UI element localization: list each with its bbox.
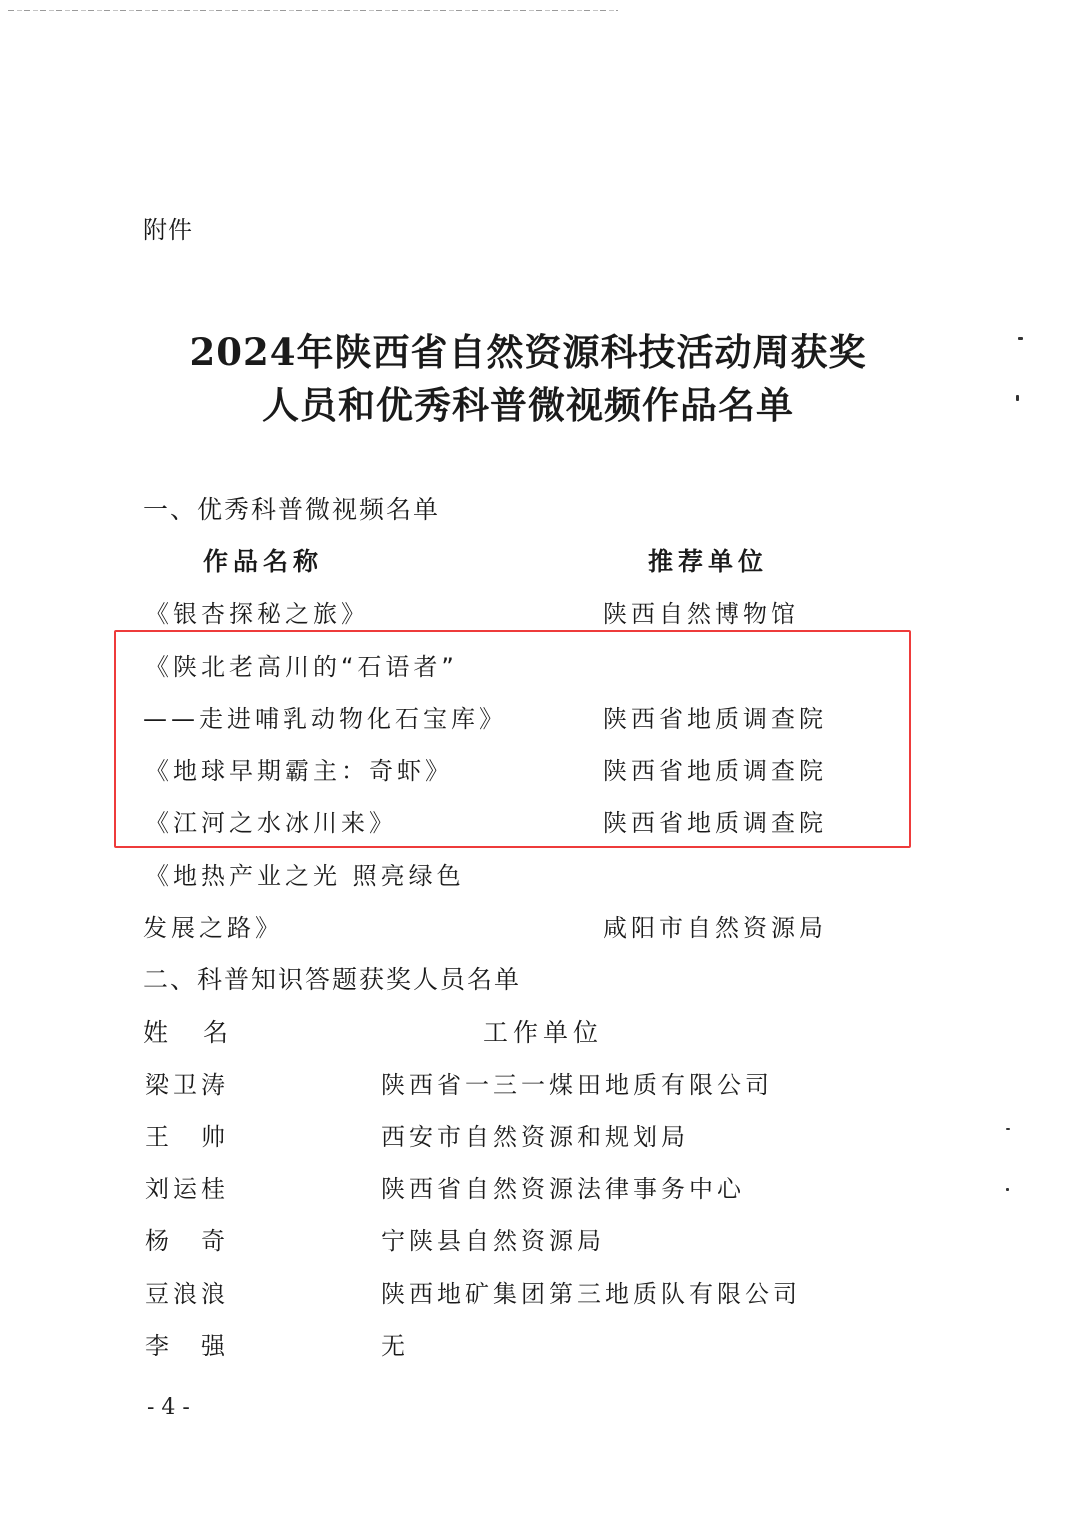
winner-row-5-name: 豆浪浪 (145, 1274, 229, 1309)
scan-speck (1016, 395, 1019, 401)
winner-row-3-name: 刘运桂 (145, 1169, 229, 1204)
winner-row-2-name: 王 帅 (145, 1117, 229, 1152)
winner-row-1-name: 梁卫涛 (145, 1065, 229, 1100)
attachment-label: 附件 (143, 210, 193, 245)
winner-row-6-name: 李 强 (145, 1326, 229, 1361)
winner-row-6-unit: 无 (381, 1326, 409, 1361)
scan-artifact-line (8, 10, 618, 11)
section-1-heading: 一、优秀科普微视频名单 (143, 490, 440, 526)
page-number: - 4 - (147, 1395, 190, 1420)
section-2-heading: 二、科普知识答题获奖人员名单 (143, 960, 521, 996)
video-row-1-work: 《银杏探秘之旅》 (145, 594, 369, 629)
video-row-5-unit: 咸阳市自然资源局 (603, 908, 827, 943)
winner-row-4-unit: 宁陕县自然资源局 (381, 1221, 605, 1256)
document-title-line-2: 人员和优秀科普微视频作品名单 (0, 375, 1056, 429)
winner-row-1-unit: 陕西省一三一煤田地质有限公司 (381, 1065, 773, 1100)
video-row-4-work: 《江河之水冰川来》 (145, 803, 397, 838)
winner-row-3-unit: 陕西省自然资源法律事务中心 (381, 1169, 745, 1204)
winner-row-5-unit: 陕西地矿集团第三地质队有限公司 (381, 1274, 801, 1309)
video-row-2-work-line-1: 《陕北老高川的“石语者” (145, 647, 458, 682)
column-header-work-name: 作品名称 (203, 542, 323, 578)
video-row-2-unit: 陕西省地质调查院 (603, 699, 827, 734)
winner-row-2-unit: 西安市自然资源和规划局 (381, 1117, 689, 1152)
column-header-name: 姓 名 (143, 1013, 233, 1049)
video-row-5-work-line-2: 发展之路》 (143, 908, 283, 943)
winner-row-4-name: 杨 奇 (145, 1221, 229, 1256)
column-header-work-unit: 工作单位 (483, 1013, 603, 1049)
video-row-5-work-line-1: 《地热产业之光 照亮绿色 (145, 856, 465, 891)
scan-speck (1006, 1128, 1010, 1130)
video-row-2-work-line-2: ——走进哺乳动物化石宝库》 (143, 699, 507, 734)
scan-speck (1006, 1188, 1009, 1191)
scan-speck (1018, 337, 1023, 340)
video-row-1-unit: 陕西自然博物馆 (603, 594, 799, 629)
video-row-3-unit: 陕西省地质调查院 (603, 751, 827, 786)
video-row-4-unit: 陕西省地质调查院 (603, 803, 827, 838)
document-title-line-1: 2024年陕西省自然资源科技活动周获奖 (0, 322, 1056, 376)
column-header-recommending-unit: 推荐单位 (648, 542, 768, 578)
video-row-3-work: 《地球早期霸主：奇虾》 (145, 751, 453, 786)
